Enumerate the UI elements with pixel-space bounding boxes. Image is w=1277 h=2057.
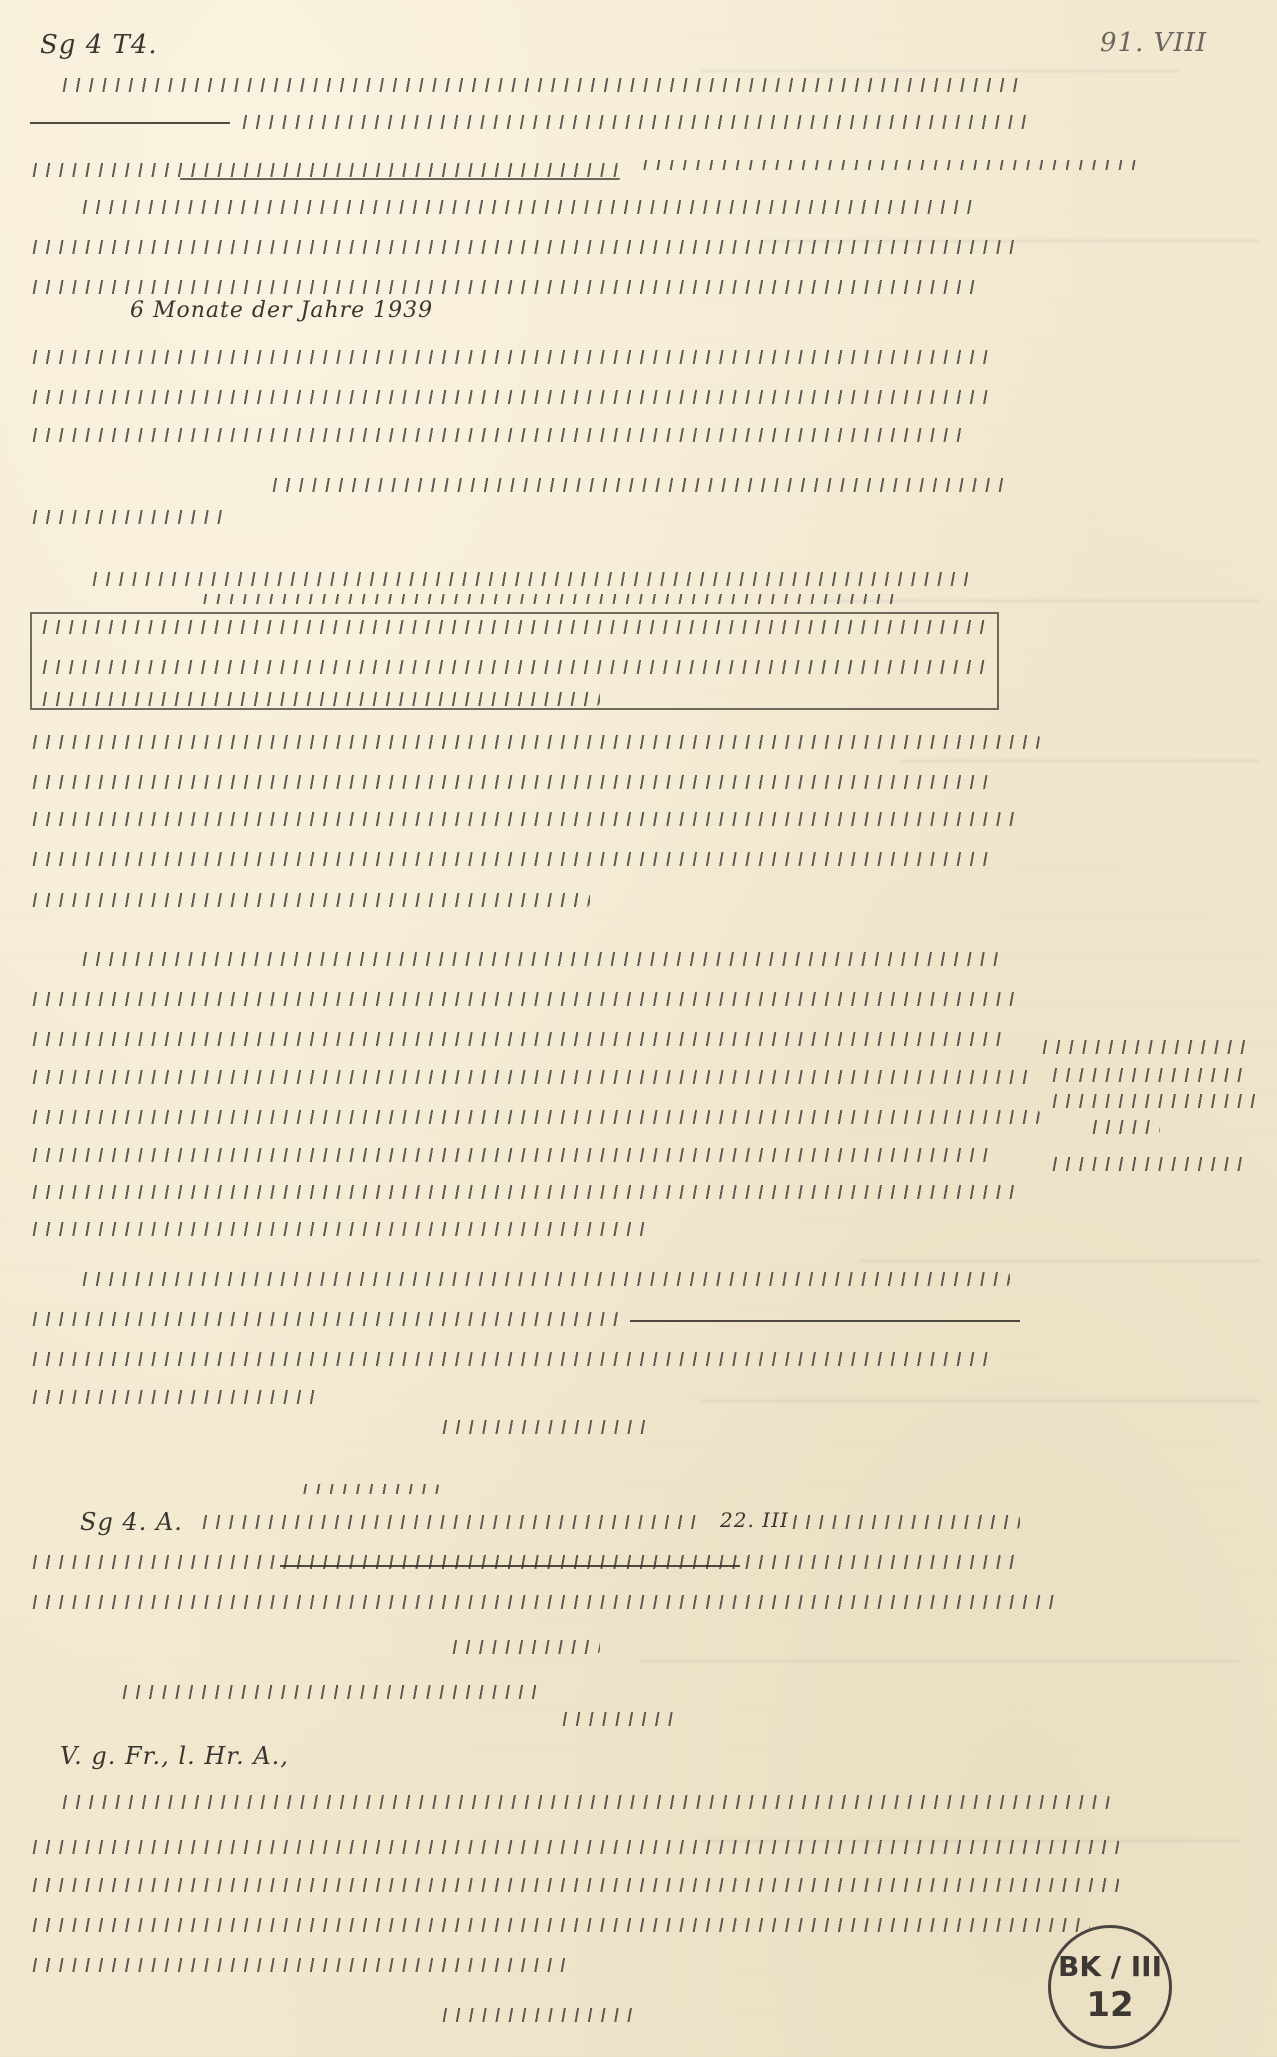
handwritten-line	[60, 1795, 1110, 1809]
handwritten-line	[30, 1032, 1010, 1046]
handwritten-line	[80, 952, 1000, 966]
handwritten-line	[30, 1312, 620, 1326]
salutation: V. g. Fr., l. Hr. A.,	[60, 1742, 289, 1770]
margin-note-line	[1050, 1068, 1250, 1082]
margin-note-line	[1040, 1040, 1250, 1054]
handwritten-line	[30, 1390, 320, 1404]
strikethrough	[30, 122, 230, 124]
stamp-number: 12	[1086, 1985, 1133, 2025]
date-note: 6 Monate der Jahre 1939	[130, 298, 433, 323]
handwritten-line	[30, 992, 1020, 1006]
handwritten-line	[240, 115, 1030, 129]
handwritten-line-struck	[40, 660, 990, 674]
handwritten-line	[30, 1222, 650, 1236]
handwritten-line	[80, 1272, 1010, 1286]
handwritten-line	[30, 428, 970, 442]
handwritten-line	[30, 240, 1020, 254]
handwritten-line	[30, 510, 230, 524]
handwritten-line	[30, 1878, 1120, 1892]
handwritten-line	[30, 1840, 1120, 1854]
handwritten-line	[30, 390, 990, 404]
handwritten-line	[30, 852, 990, 866]
date-reference: 22. III	[720, 1508, 789, 1532]
handwritten-line-struck	[40, 692, 600, 706]
margin-note-line	[1050, 1157, 1250, 1171]
closing-line	[440, 2008, 640, 2022]
closing-line	[440, 1420, 650, 1434]
handwritten-line	[450, 1640, 600, 1654]
handwritten-line	[30, 1595, 1060, 1609]
page-folio-mark: 91. VIII	[1100, 28, 1207, 58]
handwritten-line	[30, 1918, 1090, 1932]
handwritten-line	[30, 280, 980, 294]
handwritten-line	[30, 812, 1020, 826]
section-reference: Sg 4. A.	[80, 1508, 183, 1536]
handwritten-line	[560, 1712, 680, 1726]
strikethrough	[630, 1320, 1020, 1322]
handwritten-line	[30, 1148, 990, 1162]
handwritten-line	[30, 1110, 1040, 1124]
handwritten-line-struck	[40, 620, 990, 634]
header-reference: Sg 4 T4.	[40, 30, 158, 60]
handwritten-line	[30, 1352, 990, 1366]
handwritten-line	[30, 1185, 1020, 1199]
handwritten-line	[120, 1685, 540, 1699]
interlinear-insertion	[200, 594, 900, 604]
handwritten-line	[90, 572, 970, 586]
handwritten-line	[80, 200, 980, 214]
stamp-collection: BK / III	[1058, 1950, 1162, 1983]
underline	[180, 178, 620, 180]
handwritten-line	[30, 350, 990, 364]
handwritten-line	[30, 735, 1040, 749]
handwritten-line	[790, 1515, 1020, 1529]
handwritten-line	[30, 775, 990, 789]
margin-note-line	[1090, 1120, 1160, 1134]
handwritten-line	[60, 78, 1020, 92]
handwritten-line	[200, 1515, 700, 1529]
handwritten-annotation	[640, 160, 1140, 170]
strikethrough	[280, 1565, 740, 1567]
handwritten-line	[30, 893, 590, 907]
margin-note-line	[1050, 1094, 1260, 1108]
archive-stamp: BK / III 12	[1048, 1925, 1172, 2049]
handwritten-line	[270, 478, 1010, 492]
handwritten-line	[30, 163, 620, 177]
handwritten-line	[30, 1070, 1030, 1084]
handwritten-line	[30, 1958, 570, 1972]
interlinear-insertion	[300, 1484, 440, 1494]
